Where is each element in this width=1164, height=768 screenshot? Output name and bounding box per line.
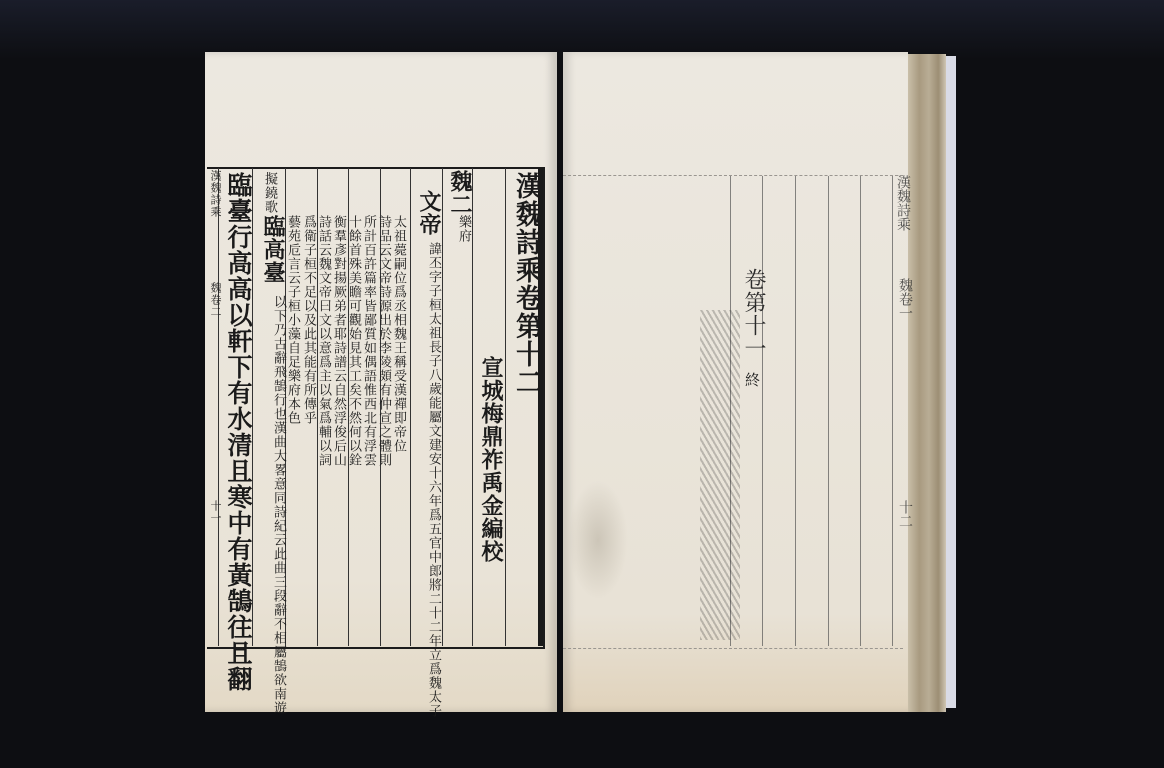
text-column: 太祖薨嗣位爲丞相魏王稱受漢禪即帝位 [391,215,405,453]
text-column: 衡羣彥對揚厥弟者耶詩譜云自然浮俊后山 [331,215,345,467]
text-column: 詩品云文帝詩源出於李陵頗有仲宣之體則 [376,215,390,467]
column-rule [892,176,893,646]
text-column: 所計百許篇率皆鄙質如偶語惟西北有浮雲 [361,215,375,467]
ink-offset-smudge [700,310,740,640]
author-heading: 文帝 [414,190,445,236]
volume-title: 漢魏詩乘卷第十二 [507,172,546,396]
section-heading: 魏二 [445,170,476,216]
poem-note: 以下乃古辭飛鵠行也漢曲大畧意同詩紀云此曲三段辭不相屬鵠欲南遊 [255,295,285,715]
faint-volume-title: 卷第十一 [738,268,769,360]
text-column: 爲衛子桓不足以及此其能有所傳乎 [301,215,315,425]
stain [568,480,628,600]
poem-title: 臨高臺 [258,215,289,284]
poem-text: 臨臺行高高以軒下有水清且寒中有黃鵠往且翻 [220,172,256,692]
column-rule [410,168,411,646]
column-rule [762,176,763,646]
book-fore-edge [908,54,946,712]
fold-page-number-right: 十二 [895,500,915,528]
column-rule [472,168,473,646]
section-subheading: 樂府 [456,215,470,243]
column-rule [860,176,861,646]
column-rule [442,168,443,646]
author-note: 諱丕字子桓太祖長子八歲能屬文建安十六年爲五官中郎將二十二年立爲魏太子 [412,242,440,718]
editor-credit: 宣城梅鼎祚禹金編校 [476,356,507,563]
fold-title-right: 漢魏詩乘 [893,175,913,231]
column-rule [828,176,829,646]
fold-marker-right: 魏卷一 [895,278,915,320]
end-mark: 終 [745,372,759,388]
book-edge-highlight [946,56,956,708]
poem-prefix: 擬鐃歌 [262,172,276,214]
column-rule [795,176,796,646]
column-rule [218,168,219,646]
background [0,0,1164,60]
text-column: 詩話云魏文帝曰文以意爲主以氣爲輔以詞 [316,215,330,467]
text-column: 十餘首殊美瞻可觀始見其工矣不然何以銓 [346,215,360,467]
